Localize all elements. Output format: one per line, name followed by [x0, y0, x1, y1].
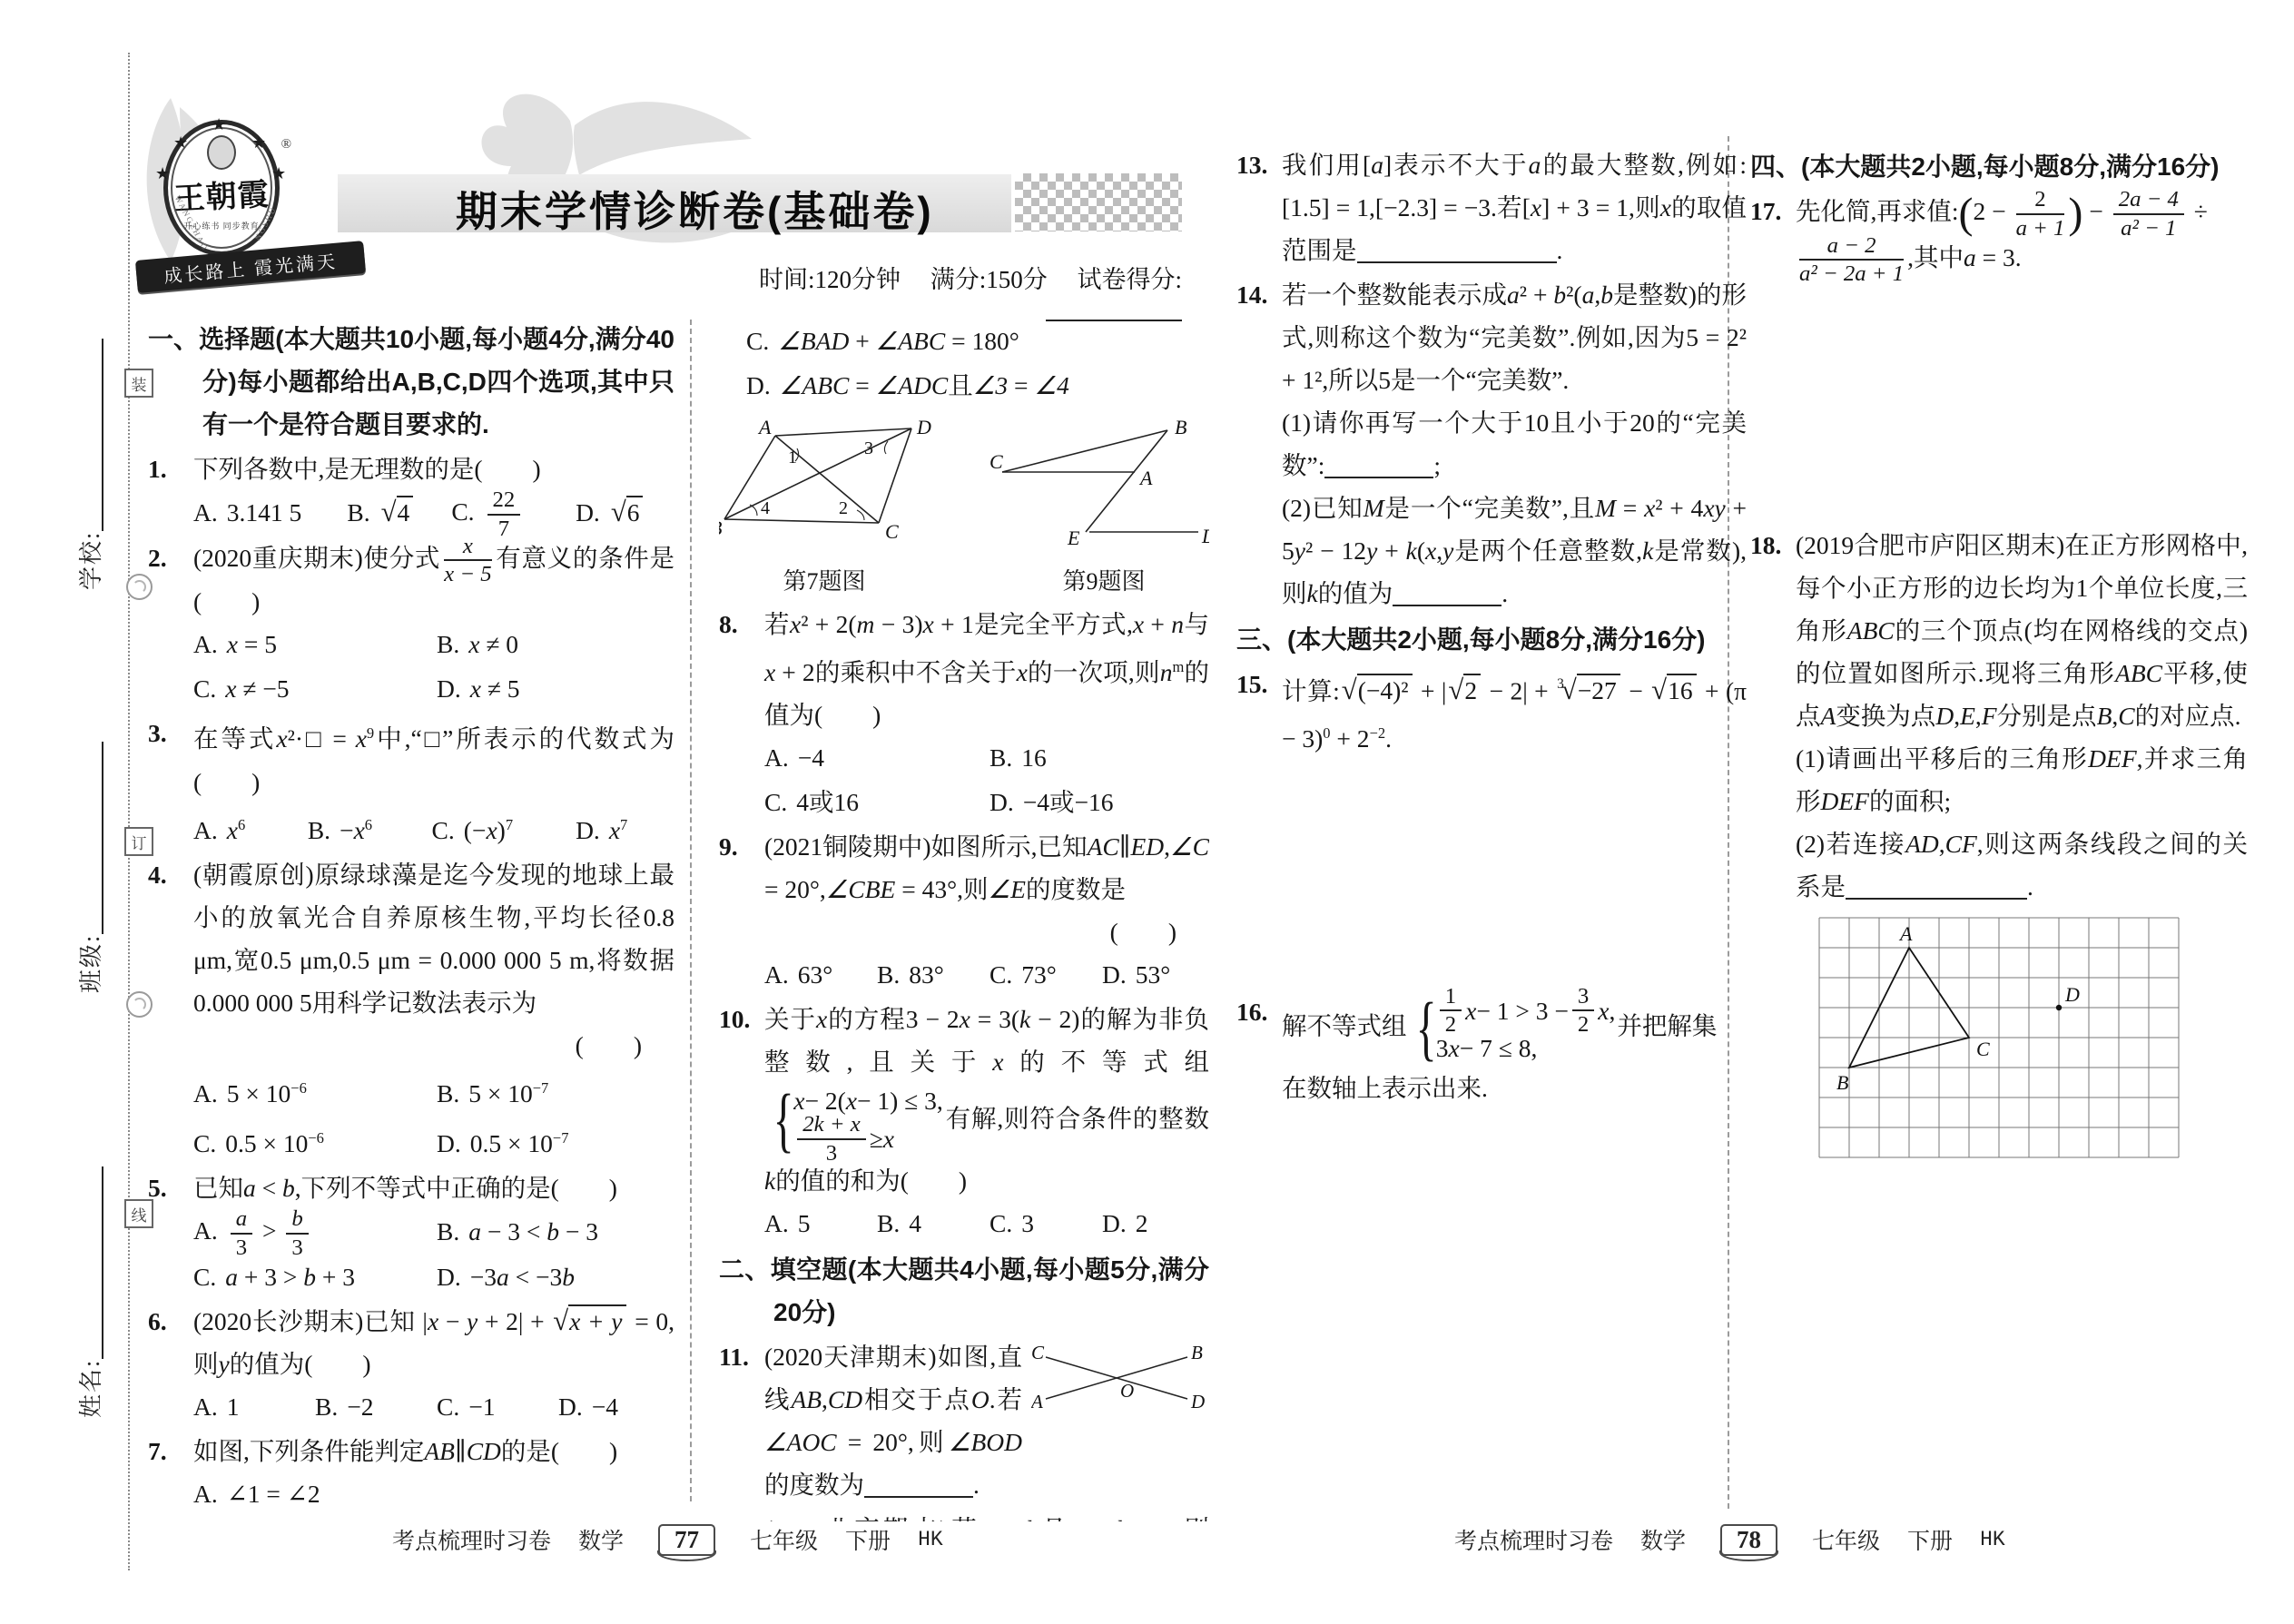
- text-run: −4: [592, 1393, 618, 1421]
- text-run: = 43°,则: [895, 875, 988, 903]
- binding-seal-zhuang: 装: [124, 369, 153, 398]
- radical: √16: [1651, 676, 1696, 704]
- math-variable: y: [1442, 536, 1453, 565]
- class-blank-line: [78, 742, 103, 934]
- text-run: 已知: [193, 1174, 243, 1202]
- option: D.2: [1102, 1202, 1209, 1245]
- math-variable: x: [816, 1005, 827, 1033]
- question: 15.计算:√(−4)² + |√2 − 2| + 3√−27 − √16 + …: [1236, 663, 1747, 760]
- option-label: B.: [437, 1079, 459, 1107]
- text-run: 0.5 × 10: [225, 1129, 308, 1157]
- text-run: = 180°: [945, 327, 1019, 355]
- option-label: A.: [193, 1216, 218, 1245]
- question-number: 1.: [148, 448, 167, 490]
- fraction-numerator: 3: [1572, 984, 1594, 1012]
- option: B.−x6: [308, 803, 427, 851]
- text-run: >: [256, 1216, 282, 1245]
- math-variable: ∠BAD: [778, 327, 849, 355]
- math-variable: CF: [1945, 830, 1977, 858]
- text-element: 2: [839, 498, 848, 518]
- math-variable: x: [1660, 193, 1671, 221]
- option: D.−3a < −3b: [437, 1255, 674, 1298]
- options-row: D.∠ABC = ∠ADC且∠3 = ∠4: [746, 364, 1209, 407]
- radicand: −27: [1577, 674, 1620, 704]
- binding-ornament-ring: [126, 574, 153, 600]
- text-run: −: [1622, 676, 1649, 704]
- math-variable: a: [468, 1217, 481, 1245]
- math-variable: E: [1960, 702, 1975, 730]
- circle-element: [2056, 1005, 2062, 1010]
- option: D.√6: [576, 491, 674, 534]
- text-run: ² − 12: [1305, 536, 1366, 565]
- text-run: ∥: [455, 1437, 467, 1465]
- text-run: ≠ −5: [236, 674, 289, 703]
- question: 13.我们用[a]表示不大于a的最大整数,例如:[1.5] = 1,[−2.3]…: [1236, 143, 1747, 271]
- text-run: 的是( ): [501, 1437, 617, 1465]
- options-row: A.−4B.16: [764, 736, 1209, 779]
- text-line: ( ): [764, 910, 1209, 953]
- text-run: ² + 4: [1655, 494, 1703, 522]
- math-variable: k: [1019, 1005, 1030, 1033]
- brand-emblem: ★ ★ ★ ★ ★ ® 王朝霞 开心练书 同步教育 WANGZHAO NGSHU: [163, 120, 280, 256]
- text-element: C: [885, 520, 899, 543]
- text-element: 4: [761, 498, 770, 518]
- option: C.3: [989, 1202, 1097, 1245]
- math-variable: m: [857, 610, 875, 638]
- radical-sign: √: [1342, 674, 1357, 705]
- figure-fig9: CB AED 第9题图: [989, 416, 1209, 597]
- text-line: (1)请画出平移后的三角形DEF,并求三角形DEF的面积;: [1796, 737, 2248, 822]
- text-run: 三、(本大题共2小题,每小题8分,满分16分): [1236, 625, 1706, 654]
- page-number-book-icon: 78: [1720, 1524, 1777, 1556]
- text-run: 的值为( ): [230, 1350, 371, 1378]
- text-run: = 5: [238, 630, 277, 658]
- option: C.∠BAD + ∠ABC = 180°: [746, 320, 1209, 362]
- superscript: 6: [365, 816, 372, 833]
- math-variable: A: [1821, 702, 1836, 730]
- text-line: 关于x的方程3 − 2x = 3(k − 2)的解为非负整数,且关于x的不等式组…: [764, 998, 1209, 1202]
- text-run: 先化简,再求值:: [1796, 197, 1959, 225]
- math-variable: n: [1160, 658, 1173, 686]
- options-row: A.a3 > b3B.a − 3 < b − 3: [193, 1209, 674, 1254]
- text-element: C: [989, 450, 1003, 473]
- text-run: ² + 2(: [801, 610, 856, 638]
- question: 10.关于x的方程3 − 2x = 3(k − 2)的解为非负整数,且关于x的不…: [719, 998, 1209, 1245]
- math-variable: x: [1449, 1030, 1460, 1067]
- option: D.∠ABC = ∠ADC且∠3 = ∠4: [746, 364, 1209, 407]
- section-heading: 四、(本大题共2小题,每小题8分,满分16分): [1750, 145, 2248, 188]
- math-variable: ∠BOD: [949, 1428, 1022, 1456]
- math-variable: ABC: [2115, 659, 2162, 687]
- option: C.4或16: [764, 781, 984, 823]
- radicand: x + y: [568, 1304, 625, 1335]
- options-row: C.4或16D.−4或−16: [764, 781, 1209, 823]
- question-number: 6.: [148, 1300, 167, 1343]
- text-run: ≠: [992, 1515, 1026, 1521]
- text-run: <: [256, 1174, 282, 1202]
- option: B.4: [877, 1202, 984, 1245]
- fraction-numerator: 2k + x: [797, 1112, 865, 1140]
- text-line: 若x² + 2(m − 3)x + 1是完全平方式,x + n与x + 2的乘积…: [764, 603, 1209, 736]
- text-run: 一、选择题(本大题共10小题,每小题4分,满分40分)每小题都给出A,B,C,D…: [148, 325, 674, 438]
- text-run: (2021铜陵期中)如图所示,已知: [764, 832, 1088, 861]
- text-run: 的对应点.: [2135, 702, 2241, 730]
- option-label: D.: [558, 1393, 583, 1421]
- text-element: A: [1898, 922, 1913, 945]
- math-variable: y: [219, 1350, 230, 1378]
- options-row: A.5B.4C.3D.2: [764, 1202, 1209, 1245]
- text-run: 53°: [1136, 960, 1171, 989]
- text-run: 如图,下列条件能判定: [193, 1437, 424, 1465]
- question-continuation: C.∠BAD + ∠ABC = 180°D.∠ABC = ∠ADC且∠3 = ∠…: [719, 320, 1209, 407]
- question: 2.(2020重庆期末)使分式xx − 5有意义的条件是( )A.x = 5B.…: [148, 536, 674, 711]
- school-field: 学校:: [73, 339, 106, 590]
- fraction: xx − 5: [444, 540, 491, 580]
- question: 16.解不等式组{12x − 1 > 3 − 32x,3x − 7 ≤ 8,并把…: [1236, 990, 1747, 1109]
- option: A.3.141 5: [193, 491, 341, 534]
- text-run: ;: [1433, 451, 1441, 479]
- name-field: 姓名:: [73, 1166, 106, 1418]
- option-label: D.: [746, 371, 771, 399]
- fraction-denominator: 3: [797, 1140, 865, 1166]
- system-row: 12x − 1 > 3 − 32x,: [1436, 990, 1616, 1030]
- options-row: C.∠BAD + ∠ABC = 180°: [746, 320, 1209, 362]
- text-line: ( ): [193, 1024, 674, 1067]
- math-variable: ∠3: [973, 371, 1008, 399]
- radical: √2: [1448, 676, 1481, 704]
- radical-sign: √: [1651, 674, 1667, 705]
- registered-mark: ®: [281, 137, 291, 153]
- text-run: ,: [1939, 830, 1945, 858]
- math-variable: x: [428, 1307, 438, 1335]
- system-row: 2k + x3 ≥ x: [793, 1119, 943, 1159]
- question: 1.下列各数中,是无理数的是( )A.3.141 5B.√4C.227D.√6: [148, 448, 674, 535]
- question-number: 12.: [719, 1508, 750, 1521]
- question: 6.(2020长沙期末)已知 |x − y + 2| + √x + y = 0,…: [148, 1300, 674, 1428]
- radicand: 6: [626, 496, 644, 527]
- school-blank-line: [78, 339, 103, 531]
- option-label: B.: [437, 1217, 459, 1245]
- option: B.a − 3 < b − 3: [437, 1210, 674, 1253]
- text-line: 在数轴上表示出来.: [1282, 1067, 1747, 1109]
- text-run: − 2| +: [1482, 676, 1555, 704]
- text-run: ]表示不大于: [1383, 151, 1529, 179]
- text-element: D: [916, 416, 931, 438]
- text-run: = 20°,则: [837, 1428, 949, 1456]
- fraction-denominator: a² − 2a + 1: [1799, 261, 1904, 287]
- option: B.83°: [877, 953, 984, 996]
- option-label: D.: [576, 816, 600, 844]
- fraction: 32: [1572, 990, 1594, 1030]
- text-run: 的度数是: [1026, 875, 1126, 903]
- question: 7.如图,下列条件能判定AB∥CD的是( )A.∠1 = ∠2B.∠BAD = …: [148, 1430, 674, 1521]
- option: D.−4或−16: [989, 781, 1209, 823]
- option: A.x = 5: [193, 623, 431, 665]
- question-number: 4.: [148, 853, 167, 896]
- question-number: 11.: [719, 1335, 749, 1378]
- text-run: −: [340, 816, 354, 844]
- math-variable: ∠ABC: [780, 371, 850, 399]
- page78-column-2: 四、(本大题共2小题,每小题8分,满分16分)17.先化简,再求值:(2 − 2…: [1750, 142, 2248, 1526]
- option: D.x7: [576, 803, 674, 851]
- math-variable: a: [497, 1263, 509, 1291]
- text-line: 已知a < b,下列不等式中正确的是( ): [193, 1166, 674, 1209]
- path-element: [857, 510, 864, 520]
- question-number: 7.: [148, 1430, 167, 1472]
- option: A.a3 > b3: [193, 1209, 431, 1254]
- options-row: B.∠BAD = ∠BCD: [193, 1517, 674, 1521]
- math-variable: x: [923, 610, 934, 638]
- system-row: 3x − 7 ≤ 8,: [1436, 1030, 1616, 1067]
- math-variable: AD: [1905, 830, 1939, 858]
- text-run: (2020北京期末)若: [764, 1515, 980, 1521]
- text-run: −: [2082, 197, 2109, 225]
- exam-paper-scan: 学校: 班级: 姓名: 装 订 线 ★ ★ ★ ★ ★ ® 王朝霞 开心练书 同…: [0, 0, 2294, 1624]
- text-element: B: [1191, 1342, 1203, 1363]
- svg-element: CB ADO: [1031, 1341, 1209, 1417]
- math-variable: AB: [424, 1437, 455, 1465]
- math-variable: b: [1553, 281, 1566, 309]
- text-run: 且: [1039, 1515, 1070, 1521]
- text-line: (朝霞原创)原绿球藻是迄今发现的地球上最小的放氧光合自养原核生物,平均长径0.8…: [193, 853, 674, 1024]
- text-run: 83°: [909, 960, 944, 989]
- text-run: + 2| +: [478, 1307, 551, 1335]
- math-variable: x: [1425, 536, 1436, 565]
- page77-footer: 考点梳理时习卷 数学 77 七年级 下册 HK: [392, 1523, 943, 1556]
- option-label: C.: [437, 1393, 459, 1421]
- option: B.√4: [347, 491, 446, 534]
- option: A.5: [764, 1202, 871, 1245]
- superscript: m: [1172, 658, 1184, 675]
- superscript: 7: [620, 816, 627, 833]
- text-run: ,: [1975, 702, 1982, 730]
- math-variable: x: [468, 630, 479, 658]
- text-run: (2)已知: [1282, 494, 1364, 522]
- question-number: 2.: [148, 536, 167, 579]
- name-label: 姓名:: [78, 1359, 104, 1418]
- text-run: 若一个整数能表示成: [1282, 281, 1507, 309]
- text-run: ( ): [1110, 918, 1177, 946]
- options-row: A.x = 5B.x ≠ 0: [193, 623, 674, 665]
- question-number: 15.: [1236, 663, 1267, 705]
- text-element: A: [1031, 1391, 1043, 1412]
- option-label: A.: [193, 1079, 218, 1107]
- path-element: [574, 102, 752, 175]
- page78-column-1: 13.我们用[a]表示不大于a的最大整数,例如:[1.5] = 1,[−2.3]…: [1236, 142, 1747, 1526]
- text-run: .若: [989, 1385, 1022, 1413]
- option-label: B.: [315, 1393, 338, 1421]
- superscript: −6: [290, 1079, 307, 1097]
- text-run: 5 × 10: [468, 1079, 533, 1107]
- option: B.16: [989, 736, 1209, 779]
- binding-ornament-ring: [126, 991, 153, 1018]
- text-run: − 1) ≤ 3,: [857, 1083, 943, 1119]
- fraction: 2a − 4a² − 1: [2113, 194, 2184, 234]
- big-paren: ): [2068, 190, 2082, 238]
- math-variable: x: [1133, 610, 1144, 638]
- text-run: ²(: [1566, 281, 1581, 309]
- option-label: D.: [437, 674, 461, 703]
- text-run: − 7 ≤ 8,: [1460, 1030, 1538, 1067]
- option-label: C.: [193, 1129, 216, 1157]
- figure-caption: 第9题图: [989, 566, 1209, 597]
- figure-row: AD BC 13 42 第7题图 CB AED 第9题图: [719, 416, 1209, 597]
- g-element: [724, 428, 911, 523]
- text-line: (2)已知M是一个“完美数”,且M = x² + 4xy + 5y² − 12y…: [1282, 487, 1747, 615]
- section-heading: 三、(本大题共2小题,每小题8分,满分16分): [1236, 618, 1747, 661]
- section-heading: 二、填空题(本大题共4小题,每小题5分,满分20分): [719, 1248, 1209, 1334]
- footer-subject: 数学: [578, 1523, 624, 1556]
- math-variable: x: [470, 674, 481, 703]
- option-label: B.: [308, 816, 330, 844]
- text-run: 0.5 × 10: [470, 1129, 553, 1157]
- text-run: (−: [464, 816, 487, 844]
- text-run: 5 × 10: [227, 1079, 291, 1107]
- option-label: C.: [989, 1209, 1012, 1237]
- options-row: A.∠1 = ∠2: [193, 1472, 674, 1515]
- text-line: 计算:√(−4)² + |√2 − 2| + 3√−27 − √16 + (π …: [1282, 663, 1747, 760]
- text-line: 若一个整数能表示成a² + b²(a,b是整数)的形式,则称这个数为“完美数”.…: [1282, 273, 1747, 401]
- text-run: ≥: [870, 1121, 883, 1157]
- exam-score-label: 试卷得分:: [1077, 266, 1182, 293]
- option-label: A.: [193, 630, 218, 658]
- brand-logo: ★ ★ ★ ★ ★ ® 王朝霞 开心练书 同步教育 WANGZHAO NGSHU…: [145, 91, 472, 313]
- option: C.x ≠ −5: [193, 667, 431, 710]
- option-label: D.: [1102, 1209, 1127, 1237]
- text-run: ): [497, 816, 506, 844]
- math-variable: b: [1026, 1515, 1039, 1521]
- options-row: A.63°B.83°C.73°D.53°: [764, 953, 1209, 996]
- page77-column-2: C.∠BAD + ∠ABC = 180°D.∠ABC = ∠ADC且∠3 = ∠…: [719, 318, 1209, 1521]
- question-number: 9.: [719, 825, 738, 868]
- equation-system: {12x − 1 > 3 − 32x,3x − 7 ≤ 8,: [1409, 990, 1616, 1067]
- star-icon: ★: [173, 133, 188, 153]
- option: B.x ≠ 0: [437, 623, 674, 665]
- exam-full-score: 满分:150分: [930, 266, 1048, 293]
- footer-edition: HK: [918, 1528, 943, 1551]
- option-label: B.: [437, 630, 459, 658]
- superscript: 7: [506, 816, 513, 833]
- text-run: +: [849, 327, 875, 355]
- option: D.53°: [1102, 953, 1209, 996]
- math-variable: a: [1582, 281, 1595, 309]
- text-run: ,: [1164, 832, 1170, 861]
- math-variable: x: [227, 630, 238, 658]
- math-variable: x: [1598, 993, 1609, 1029]
- figure-row: A B C D: [1750, 917, 2248, 1171]
- radical: √6: [611, 498, 644, 527]
- radical-index: 3: [1557, 676, 1564, 692]
- fraction-numerator: x: [444, 534, 491, 562]
- math-variable: ∠ADC: [876, 371, 949, 399]
- text-run: 的值为: [1318, 579, 1393, 607]
- text-run: −3: [470, 1263, 497, 1291]
- footer-volume: 下册: [845, 1523, 891, 1556]
- option-label: B.: [989, 743, 1012, 772]
- option: B.5 × 10−7: [437, 1067, 674, 1115]
- binding-seal-ding: 订: [124, 827, 153, 856]
- text-run: .: [1385, 724, 1392, 753]
- text-line: 如图,下列条件能判定AB∥CD的是( ): [193, 1430, 674, 1472]
- text-line: (2019合肥市庐阳区期末)在正方形网格中,每个小正方形的边长均为1个单位长度,…: [1796, 524, 2248, 737]
- math-variable: y: [1366, 536, 1377, 565]
- text-element: B: [1175, 416, 1186, 438]
- math-variable: y: [467, 1307, 478, 1335]
- math-variable: M: [1364, 494, 1384, 522]
- option-label: A.: [764, 743, 789, 772]
- text-run: 分别是点: [1997, 702, 2097, 730]
- math-variable: x: [1017, 658, 1028, 686]
- math-variable: x: [790, 610, 801, 638]
- radicand: 2: [1463, 674, 1481, 704]
- math-variable: x: [227, 816, 238, 844]
- text-run: +: [1144, 610, 1171, 638]
- text-line: (1)请你再写一个大于10且小于20的“完美数”:;: [1282, 401, 1747, 487]
- math-variable: a: [1529, 151, 1541, 179]
- text-run: 3: [1436, 1030, 1449, 1067]
- text-run: 4: [909, 1209, 921, 1237]
- text-run: 是一个“完美数”,且: [1384, 494, 1596, 522]
- option: A.63°: [764, 953, 871, 996]
- text-run: + 3 >: [238, 1263, 303, 1291]
- g-element: [1046, 1357, 1187, 1399]
- option-label: A.: [193, 816, 218, 844]
- text-run: 的值的和为( ): [775, 1166, 967, 1195]
- math-variable: x: [1644, 494, 1655, 522]
- text-run: −4: [798, 743, 824, 772]
- question-number: 14.: [1236, 273, 1267, 316]
- option-label: D.: [437, 1129, 461, 1157]
- text-run: 5: [798, 1209, 811, 1237]
- question-number: 8.: [719, 603, 738, 645]
- question: 3.在等式x²·□ = x9中,“□”所表示的代数式为( )A.x6B.−x6C…: [148, 712, 674, 851]
- answer-blank: [1324, 452, 1433, 479]
- text-run: ] + 3 = 1,则: [1541, 193, 1660, 221]
- answer-space: [1750, 281, 2248, 522]
- math-variable: D: [1935, 702, 1954, 730]
- system-rows: x − 2(x − 1) ≤ 3,2k + x3 ≥ x: [793, 1083, 943, 1159]
- path-element: [884, 441, 888, 454]
- option: B.∠BAD = ∠BCD: [193, 1517, 674, 1521]
- question-number: 16.: [1236, 990, 1267, 1033]
- option: C.227: [451, 490, 570, 535]
- math-variable: M: [1595, 494, 1616, 522]
- question: 5.已知a < b,下列不等式中正确的是( )A.a3 > b3B.a − 3 …: [148, 1166, 674, 1298]
- math-variable: ED: [1130, 832, 1164, 861]
- question: 4.(朝霞原创)原绿球藻是迄今发现的地球上最小的放氧光合自养原核生物,平均长径0…: [148, 853, 674, 1165]
- text-run: ,: [1610, 993, 1616, 1029]
- section-heading: 一、选择题(本大题共10小题,每小题4分,满分40分)每小题都给出A,B,C,D…: [148, 318, 674, 446]
- math-variable: x: [486, 816, 497, 844]
- text-run: 的不等式组: [1003, 1048, 1209, 1076]
- options-row: A.x6B.−x6C.(−x)7D.x7: [193, 803, 674, 851]
- math-variable: a: [1964, 243, 1976, 271]
- text-run: +: [1377, 536, 1405, 565]
- page78-footer: 考点梳理时习卷 数学 78 七年级 下册 HK: [1454, 1523, 2005, 1556]
- system-brace: {: [773, 1090, 794, 1152]
- math-variable: k: [1406, 536, 1417, 565]
- text-run: −: [438, 1307, 467, 1335]
- superscript: −6: [308, 1129, 324, 1147]
- fraction: 2a + 1: [2016, 194, 2065, 234]
- fraction: 227: [487, 495, 521, 535]
- page-number-book-icon: 77: [658, 1524, 715, 1556]
- school-label: 学校:: [78, 531, 104, 590]
- text-run: (: [1417, 536, 1425, 565]
- option: A.−4: [764, 736, 984, 779]
- g-element: [1002, 430, 1198, 532]
- figure-caption: 第7题图: [719, 566, 939, 597]
